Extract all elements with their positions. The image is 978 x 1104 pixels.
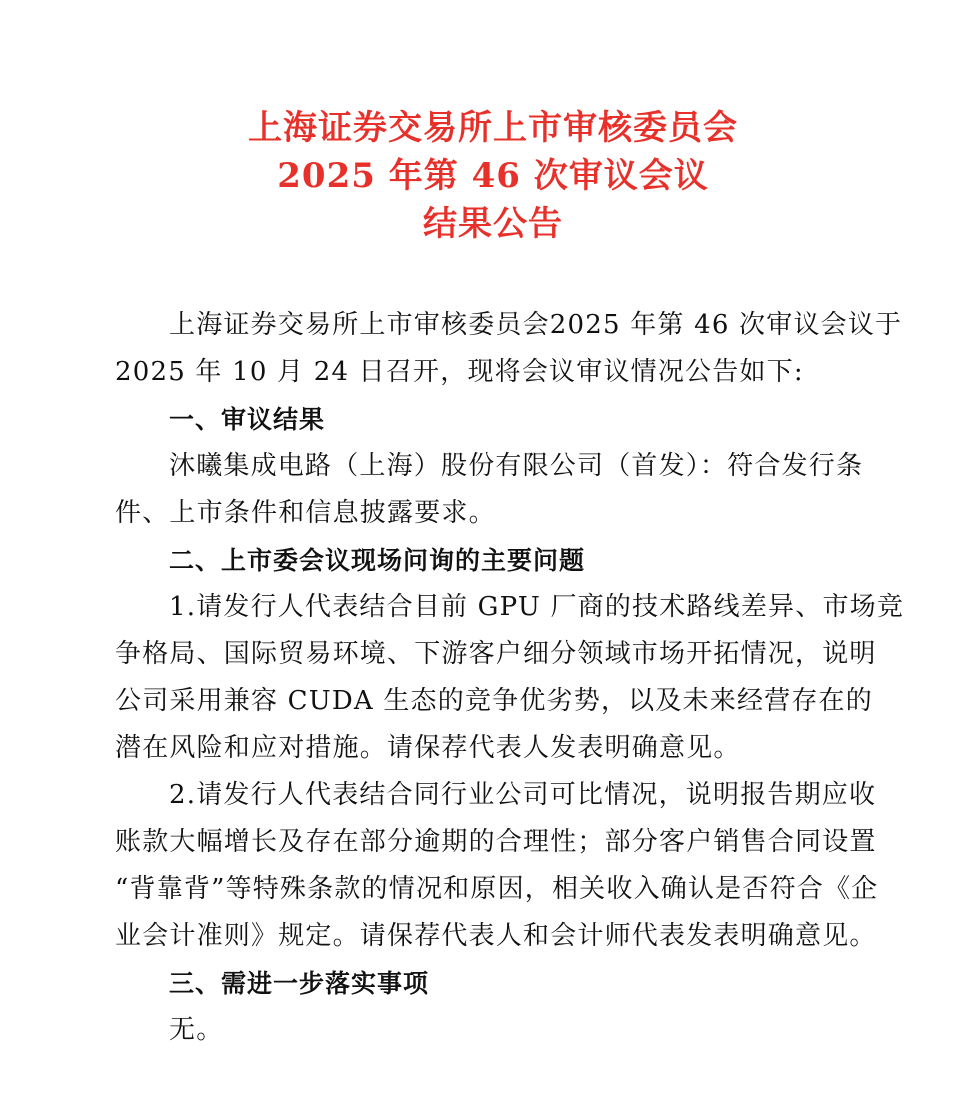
- section-heading-follow-up-items: 三、需进一步落实事项: [115, 960, 871, 1007]
- question-2-line-3: “背靠背”等特殊条款的情况和原因，相关收入确认是否符合《企: [115, 866, 871, 913]
- question-1-line-2: 争格局、国际贸易环境、下游客户细分领域市场开拓情况，说明: [115, 631, 871, 678]
- intro-paragraph: 上海证券交易所上市审核委员会2025 年第 46 次审议会议于 2025 年 1…: [115, 302, 871, 396]
- title-line-1: 上海证券交易所上市审核委员会: [115, 104, 871, 152]
- question-1-paragraph: 1.请发行人代表结合目前 GPU 厂商的技术路线差异、市场竞 争格局、国际贸易环…: [115, 584, 871, 772]
- review-result-paragraph: 沐曦集成电路（上海）股份有限公司（首发）：符合发行条 件、上市条件和信息披露要求…: [115, 443, 871, 537]
- question-1-line-3: 公司采用兼容 CUDA 生态的竞争优劣势，以及未来经营存在的: [115, 678, 871, 725]
- question-2-line-1: 2.请发行人代表结合同行业公司可比情况，说明报告期应收: [115, 772, 871, 819]
- announcement-body: 上海证券交易所上市审核委员会2025 年第 46 次审议会议于 2025 年 1…: [115, 302, 871, 1054]
- section-heading-review-result: 一、审议结果: [115, 396, 871, 443]
- question-2-paragraph: 2.请发行人代表结合同行业公司可比情况，说明报告期应收 账款大幅增长及存在部分逾…: [115, 772, 871, 960]
- question-1-line-1: 1.请发行人代表结合目前 GPU 厂商的技术路线差异、市场竞: [115, 584, 871, 631]
- announcement-title: 上海证券交易所上市审核委员会 2025 年第 46 次审议会议 结果公告: [115, 104, 871, 248]
- title-line-2: 2025 年第 46 次审议会议: [115, 152, 871, 200]
- question-2-line-2: 账款大幅增长及存在部分逾期的合理性；部分客户销售合同设置: [115, 819, 871, 866]
- follow-up-paragraph: 无。: [115, 1007, 871, 1054]
- question-2-line-4: 业会计准则》规定。请保荐代表人和会计师代表发表明确意见。: [115, 913, 871, 960]
- intro-line-2: 2025 年 10 月 24 日召开，现将会议审议情况公告如下:: [115, 349, 871, 396]
- intro-line-1: 上海证券交易所上市审核委员会2025 年第 46 次审议会议于: [115, 302, 871, 349]
- title-line-3: 结果公告: [115, 200, 871, 248]
- question-1-line-4: 潜在风险和应对措施。请保荐代表人发表明确意见。: [115, 725, 871, 772]
- section-heading-main-questions: 二、上市委会议现场问询的主要问题: [115, 537, 871, 584]
- follow-up-line-1: 无。: [115, 1007, 871, 1054]
- review-result-line-1: 沐曦集成电路（上海）股份有限公司（首发）：符合发行条: [115, 443, 871, 490]
- review-result-line-2: 件、上市条件和信息披露要求。: [115, 490, 871, 537]
